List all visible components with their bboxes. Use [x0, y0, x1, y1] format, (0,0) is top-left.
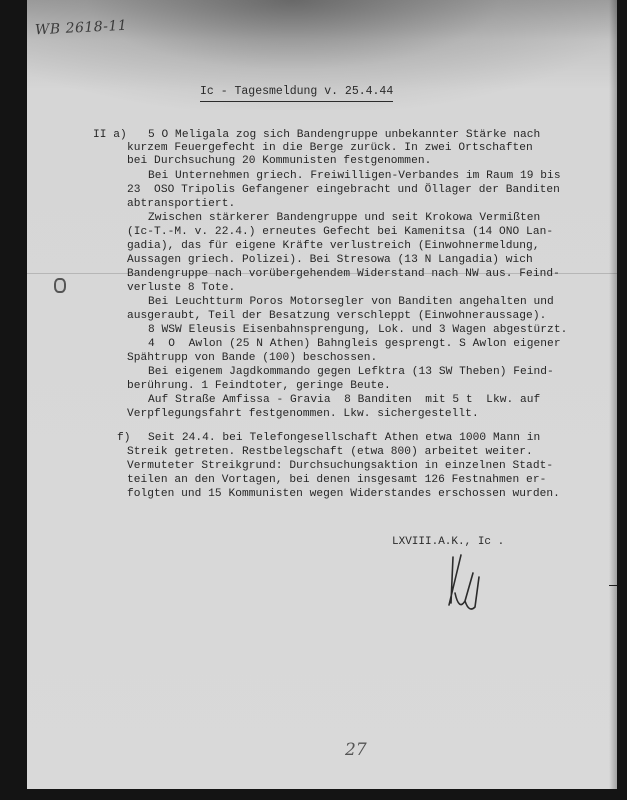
text-line: teilen an den Vortagen, bei denen insges…: [127, 474, 546, 486]
text-line: folgten und 15 Kommunisten wegen Widerst…: [127, 488, 560, 500]
text-line: verluste 8 Tote.: [127, 282, 235, 294]
text-line: Spähtrupp von Bande (100) beschossen.: [127, 352, 377, 364]
edge-mark: [609, 585, 617, 586]
text-line: Bei Unternehmen griech. Freiwilligen-Ver…: [148, 170, 561, 182]
text-line: berührung. 1 Feindtoter, geringe Beute.: [127, 380, 391, 392]
punch-hole: [54, 278, 66, 293]
page-number: 27: [345, 740, 367, 760]
document-page: WB 2618-11 Ic - Tagesmeldung v. 25.4.44 …: [27, 0, 617, 789]
text-line: 8 WSW Eleusis Eisenbahnsprengung, Lok. u…: [148, 324, 567, 336]
section-label-IIa: II a): [93, 129, 127, 141]
text-line: 23 OSO Tripolis Gefangener eingebracht u…: [127, 184, 560, 196]
text-line: Bei eigenem Jagdkommando gegen Lefktra (…: [148, 366, 554, 378]
text-line: Auf Straße Amfissa - Gravia 8 Banditen m…: [148, 394, 540, 406]
text-line: (Ic-T.-M. v. 22.4.) erneutes Gefecht bei…: [127, 226, 553, 238]
text-line: 5 O Meligala zog sich Bandengruppe unbek…: [148, 129, 540, 141]
text-line: ausgeraubt, Teil der Besatzung verschlep…: [127, 310, 546, 322]
handwritten-signature: [445, 553, 485, 615]
signature-block: LXVIII.A.K., Ic .: [392, 536, 504, 548]
text-line: 4 O Awlon (25 N Athen) Bahngleis gespren…: [148, 338, 561, 350]
text-line: Verpflegungsfahrt festgenommen. Lkw. sic…: [127, 408, 479, 420]
section-label-f: f): [117, 432, 131, 444]
archive-reference: WB 2618-11: [35, 18, 128, 39]
text-line: Seit 24.4. bei Telefongesellschaft Athen…: [148, 432, 540, 444]
text-line: gadia), das für eigene Kräfte verlustrei…: [127, 240, 540, 252]
text-line: abtransportiert.: [127, 198, 235, 210]
text-line: Aussagen griech. Polizei). Bei Stresowa …: [127, 254, 533, 266]
text-line: bei Durchsuchung 20 Kommunisten festgeno…: [127, 155, 431, 167]
text-line: Streik getreten. Restbelegschaft (etwa 8…: [127, 446, 533, 458]
text-line: Bandengruppe nach vorübergehendem Widers…: [127, 268, 560, 280]
document-title: Ic - Tagesmeldung v. 25.4.44: [200, 85, 393, 102]
text-line: Bei Leuchtturm Poros Motorsegler von Ban…: [148, 296, 554, 308]
text-line: Zwischen stärkerer Bandengruppe und seit…: [148, 212, 540, 224]
text-line: kurzem Feuergefecht in die Berge zurück.…: [127, 142, 533, 154]
text-line: Vermuteter Streikgrund: Durchsuchungsakt…: [127, 460, 553, 472]
